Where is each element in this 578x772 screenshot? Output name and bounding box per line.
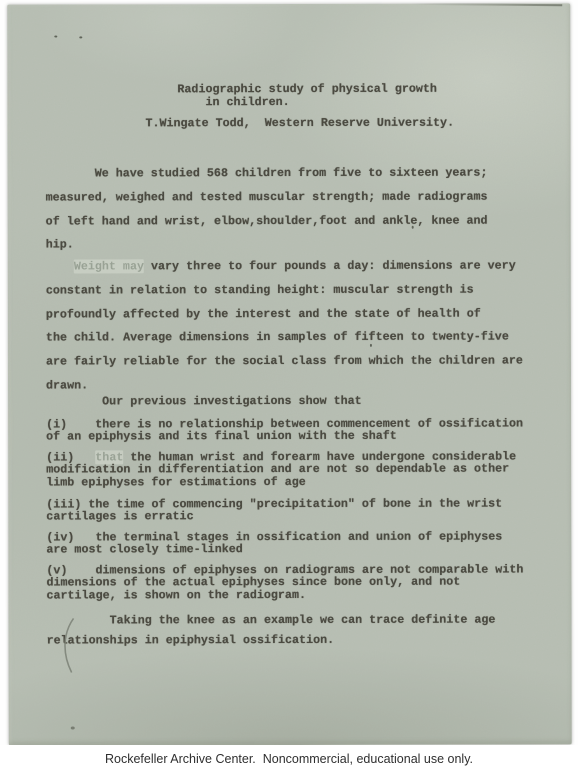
finding-item-i: (i) there is no relationship between com… [46, 417, 558, 443]
finding-item-iv: (iv) the terminal stages in ossification… [46, 530, 558, 556]
paragraph-indent [46, 259, 74, 273]
paper-speck [71, 726, 75, 729]
paper-speck [54, 35, 57, 37]
paper-edge-artifact [412, 3, 562, 6]
item-text: the time of commencing "precipitation" o… [46, 497, 502, 524]
document-page: Radiographic study of physical growth in… [7, 3, 572, 745]
finding-item-iii: (iii) the time of commencing "precipitat… [46, 497, 558, 523]
archive-caption-text: Rockefeller Archive Center. Noncommercia… [105, 752, 473, 766]
findings-intro-line: Our previous investigations show that [46, 393, 558, 408]
pen-bracket-mark [59, 616, 79, 676]
document-title: Radiographic study of physical growth in… [177, 82, 537, 110]
document-byline: T.Wingate Todd, Western Reserve Universi… [145, 115, 545, 130]
paper-speck [79, 36, 82, 38]
paragraph-text: vary three to four pounds a day: dimensi… [46, 259, 523, 393]
finding-item-ii: (ii) that the human wrist and forearm ha… [46, 450, 558, 488]
paragraph-study-overview: We have studied 568 children from five t… [46, 161, 558, 257]
finding-item-v: (v) dimensions of epiphyses on radiogram… [46, 563, 558, 601]
closing-paragraph: Taking the knee as an example we can tra… [46, 609, 558, 650]
paragraph-weight-dimensions: Weight may vary three to four pounds a d… [46, 254, 558, 398]
faded-text: Weight may [74, 259, 144, 273]
item-text: the terminal stages in ossification and … [46, 530, 502, 557]
item-text: there is no relationship between commenc… [46, 417, 523, 444]
archive-caption-bar: Rockefeller Archive Center. Noncommercia… [0, 745, 578, 772]
item-text: dimensions of epiphyses on radiograms ar… [46, 563, 523, 603]
